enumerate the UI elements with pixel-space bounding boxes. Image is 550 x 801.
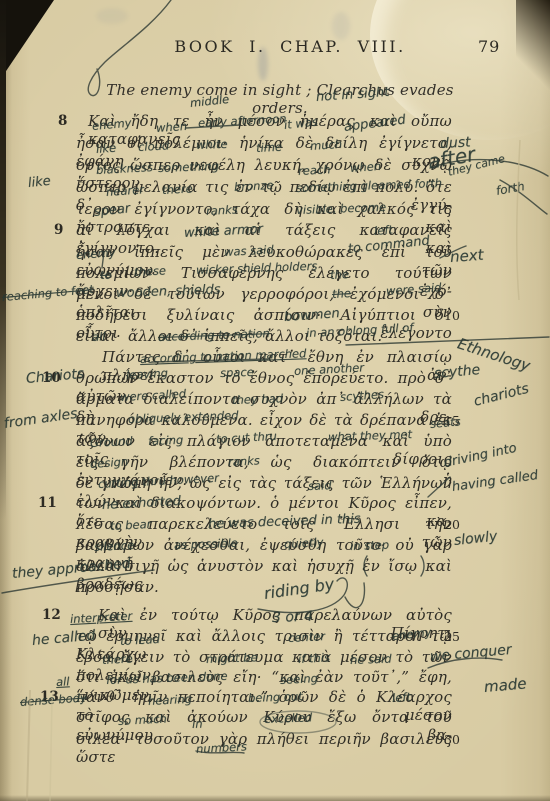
handwritten-annotation: quietly xyxy=(284,535,324,551)
handwritten-annotation: in step xyxy=(350,538,389,553)
handwritten-annotation: left xyxy=(373,222,393,238)
handwritten-annotation: next xyxy=(449,246,484,266)
handwritten-annotation: space xyxy=(220,365,254,380)
handwritten-annotation: when xyxy=(156,119,188,135)
handwritten-annotation: to lead xyxy=(120,632,161,648)
handwritten-annotation: silence xyxy=(94,538,135,554)
handwritten-annotation: there xyxy=(102,651,133,667)
handwritten-annotation: said xyxy=(308,478,332,493)
handwritten-annotation: there xyxy=(162,181,193,197)
ink-smudge xyxy=(96,8,128,24)
handwritten-annotation: like xyxy=(96,141,117,156)
running-header: BOOK I. CHAP. VIII. xyxy=(140,37,440,56)
page-crease xyxy=(50,700,52,801)
handwritten-annotation: hearing xyxy=(148,692,193,708)
handwritten-annotation: what they met xyxy=(328,427,412,444)
greek-text-line: ἀλλὰ σιγῇ ὡς ἁνυστὸν καὶ ἡσυχῇ ἐν ἴσῳ κα… xyxy=(76,557,452,577)
greek-text-line: τερον ἐγίγνοντο, τάχα δὴ καὶ χαλκός τις … xyxy=(76,200,452,220)
handwritten-annotation: as possible xyxy=(174,536,238,552)
handwritten-annotation: all xyxy=(56,674,70,689)
handwritten-annotation: enemy xyxy=(76,245,116,262)
handwritten-annotation: so much xyxy=(118,711,167,728)
page-edge-left xyxy=(0,0,6,520)
handwritten-annotation: if this xyxy=(298,650,331,666)
verse-line-number: 25 xyxy=(444,629,460,644)
handwritten-annotation: numbers xyxy=(196,739,248,756)
handwritten-annotation: left xyxy=(392,690,412,705)
page-edge-bottom xyxy=(0,795,550,801)
handwritten-annotation: forth xyxy=(495,179,526,198)
handwritten-annotation: time xyxy=(256,140,283,155)
handwritten-annotation: made xyxy=(483,674,527,696)
handwritten-annotation: much xyxy=(310,137,343,153)
handwritten-annotation: ranks xyxy=(228,453,260,469)
handwritten-annotation: from axles xyxy=(3,406,79,432)
handwritten-annotation: being out xyxy=(248,689,303,705)
handwritten-annotation: blackness xyxy=(96,160,154,177)
handwritten-annotation: ranks xyxy=(206,202,238,218)
page-number: 79 xyxy=(478,37,500,56)
ink-smudge xyxy=(332,12,350,40)
handwritten-annotation: seeing xyxy=(280,671,319,687)
greek-text-line: εἰς γῆν βλέποντα, ὡς διακόπτειν ὅτῳ ἐντυ… xyxy=(76,453,452,473)
page-corner-shadow-top-left xyxy=(0,0,54,80)
handwritten-annotation: white xyxy=(196,137,228,152)
handwritten-annotation: leaving xyxy=(126,366,169,382)
handwritten-annotation: was said xyxy=(224,242,274,259)
handwritten-annotation: the xyxy=(332,286,352,301)
handwritten-annotation: bronze xyxy=(234,178,274,194)
section-number: 11 xyxy=(38,495,57,511)
handwritten-annotation: all xyxy=(92,329,106,344)
verse-line-number: 30 xyxy=(444,732,460,747)
handwritten-annotation: to xyxy=(100,268,112,282)
handwritten-annotation: when xyxy=(350,159,382,175)
handwritten-annotation: chariots xyxy=(472,381,530,410)
handwritten-annotation: like xyxy=(27,174,51,191)
handwritten-annotation: center xyxy=(288,629,326,645)
section-number: 8 xyxy=(58,113,67,129)
handwritten-annotation: nearer xyxy=(106,182,145,199)
handwritten-annotation: these xyxy=(134,263,167,279)
handwritten-annotation: scythe xyxy=(433,362,480,382)
handwritten-annotation: reach xyxy=(298,162,331,178)
verse-line-number: 10 xyxy=(444,308,460,323)
handwritten-annotation: he said xyxy=(350,652,392,667)
handwritten-annotation: excelled xyxy=(264,710,313,726)
handwritten-annotation: driving into xyxy=(442,441,518,471)
scanned-book-page: BOOK I. CHAP. VIII. 79 The enemy come in… xyxy=(0,0,550,801)
page-crease xyxy=(517,140,520,300)
section-number: 12 xyxy=(42,607,61,623)
page-corner-shadow-top-right xyxy=(516,0,550,96)
handwritten-annotation: design xyxy=(90,454,129,471)
handwritten-annotation: seats xyxy=(429,414,461,431)
handwritten-annotation: might be xyxy=(206,650,258,666)
handwritten-annotation: to bear xyxy=(110,517,152,533)
section-number: 9 xyxy=(54,222,63,238)
handwritten-annotation: facing xyxy=(148,433,184,448)
greek-text-line: σιλέα· τοσοῦτον γὰρ πλήθει περιῆν βασιλε… xyxy=(76,730,452,750)
handwritten-annotation: something xyxy=(158,159,219,175)
handwritten-annotation: the xyxy=(330,267,350,282)
handwritten-annotation: Ground xyxy=(90,434,133,450)
handwritten-annotation: cloud xyxy=(138,138,170,154)
handwritten-annotation: 3 or 4 xyxy=(272,609,314,626)
handwritten-annotation: they had xyxy=(232,391,283,407)
handwritten-annotation: in xyxy=(192,717,203,731)
handwritten-annotation: slowly xyxy=(453,529,498,549)
verse-line-number: 20 xyxy=(444,517,460,532)
verse-line-number: 5 xyxy=(444,202,452,217)
handwritten-annotation: having called xyxy=(451,468,539,495)
